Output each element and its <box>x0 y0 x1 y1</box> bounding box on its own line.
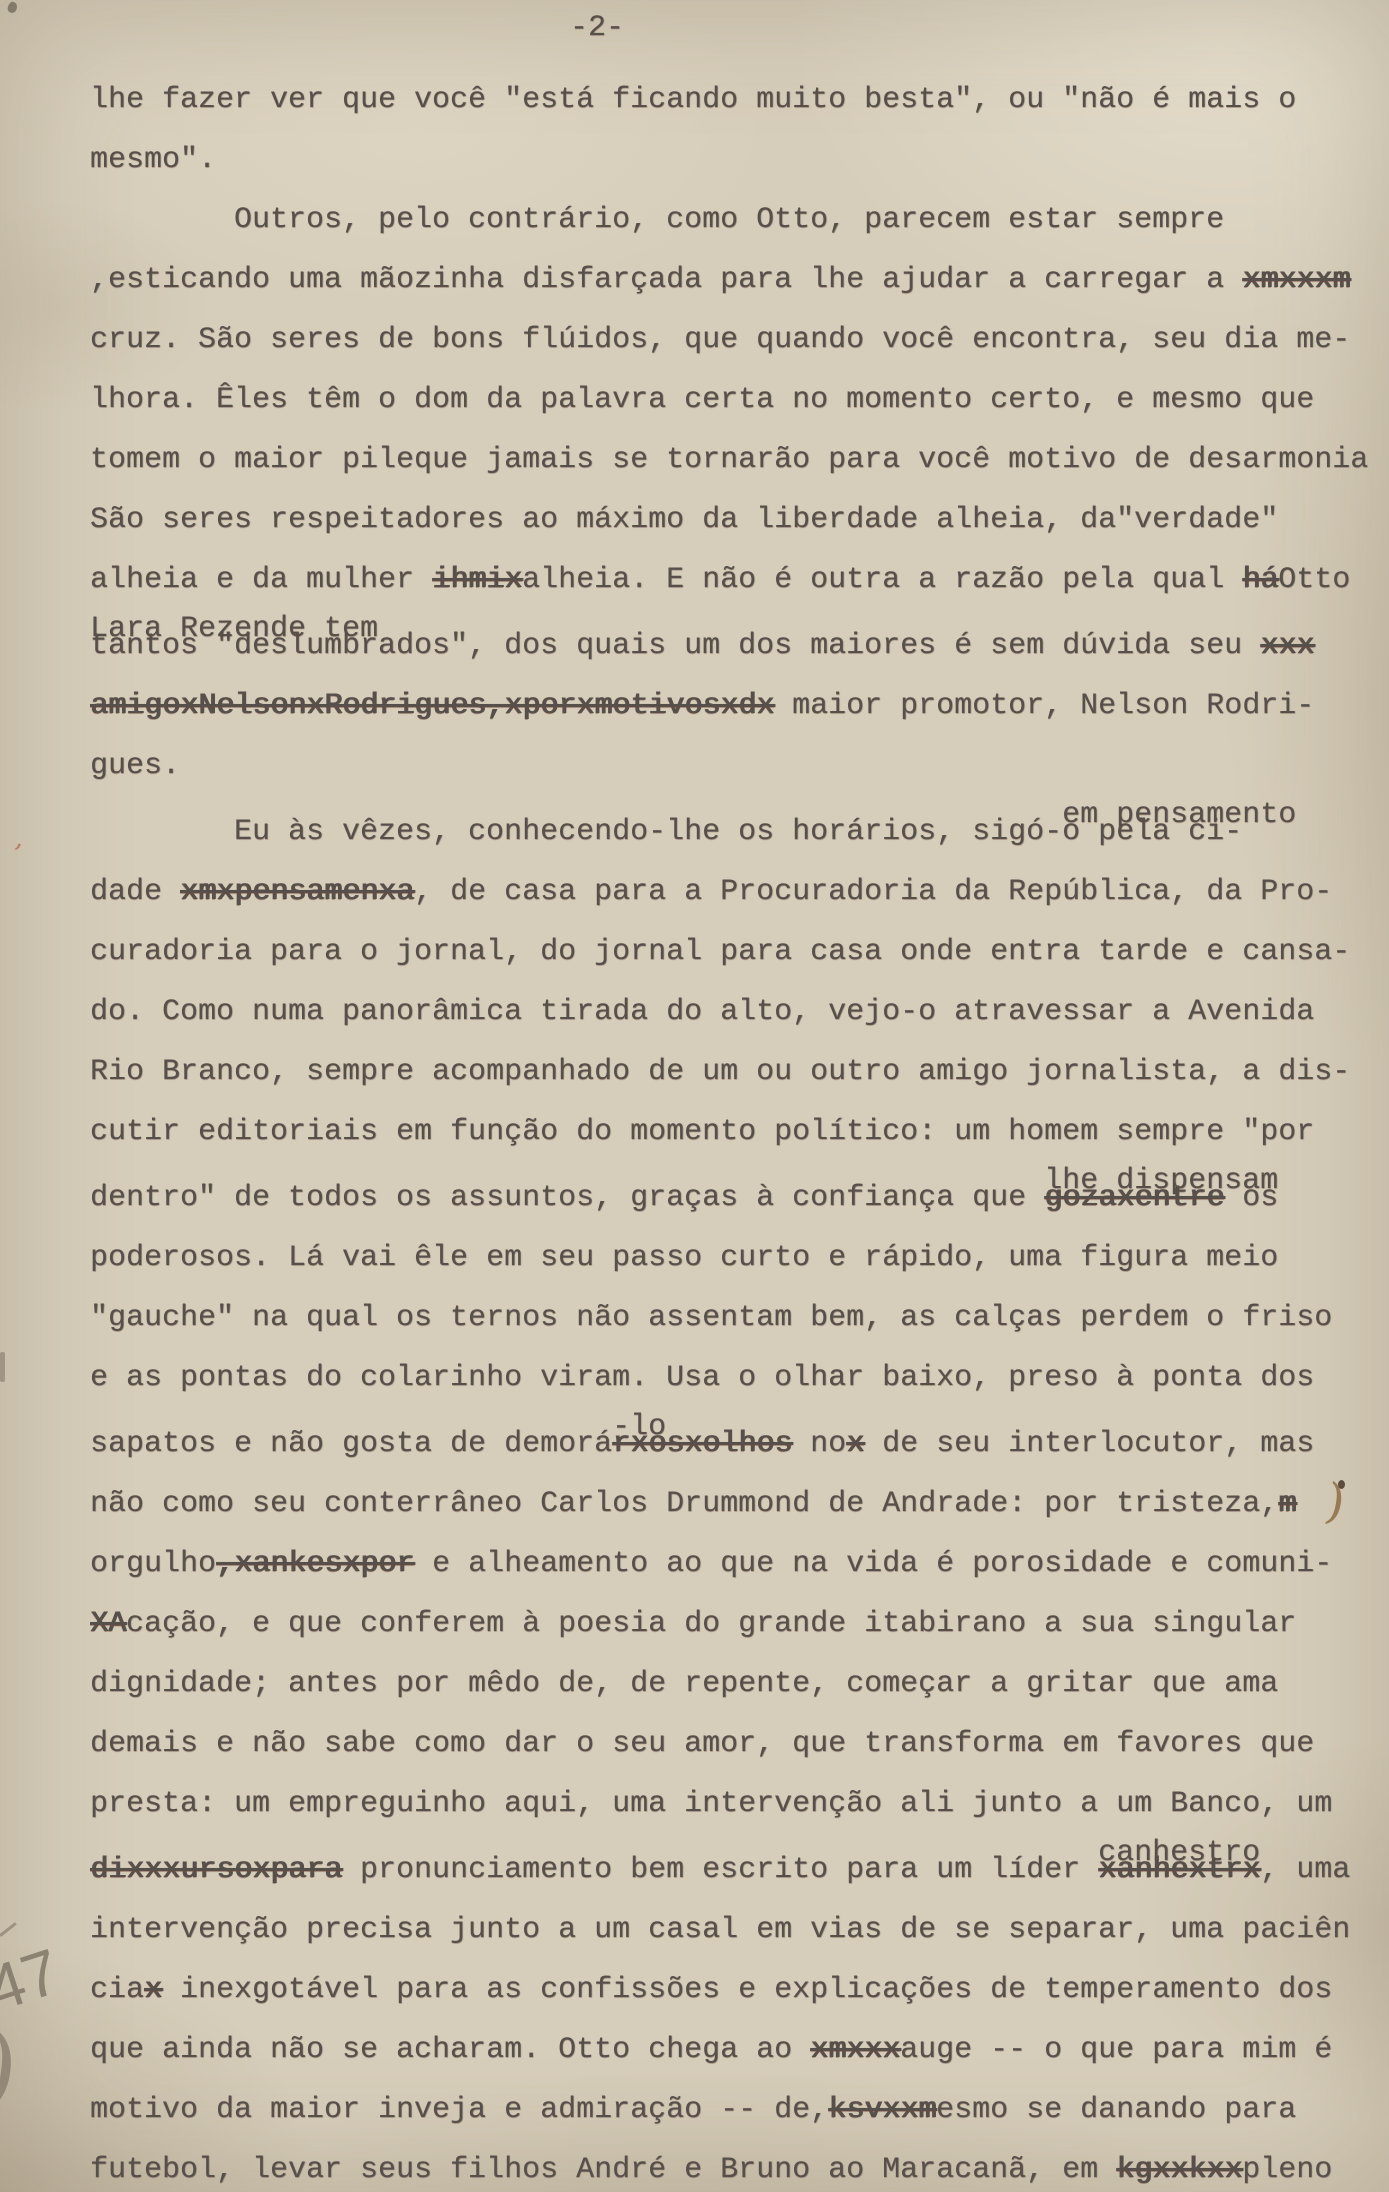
typed-text: mesmo". <box>90 143 216 177</box>
typed-text: Outros, pelo contrário, como Otto, parec… <box>234 203 1224 237</box>
typed-line: não como seu conterrâneo Carlos Drummond… <box>90 1474 1389 1534</box>
page-number: -2- <box>570 0 624 56</box>
pencil-tick-mark <box>0 1922 17 1937</box>
struck-out-text: dixxxursoxpara <box>90 1853 342 1887</box>
typed-text: futebol, levar seus filhos André e Bruno… <box>90 2153 1116 2187</box>
typed-line: e as pontas do colarinho viram. Usa o ol… <box>90 1348 1389 1408</box>
typed-line: ,esticando uma mãozinha disfarçada para … <box>90 250 1389 310</box>
typed-line: amigoxNelsonxRodrigues,xporxmotivosxdx m… <box>90 676 1389 736</box>
struck-out-text: kgxxkxx <box>1116 2153 1242 2187</box>
typed-text: -lo <box>612 1410 666 1444</box>
paper-edge-mark <box>0 1352 5 1382</box>
struck-out-text: há <box>1242 563 1278 597</box>
pencil-margin-paren: ) <box>0 2020 24 2116</box>
typed-line: presta: um empreguinho aqui, uma interve… <box>90 1774 1389 1834</box>
typed-text: dentro" de todos os assuntos, graças à c… <box>90 1181 1044 1215</box>
typed-line: intervenção precisa junto a um casal em … <box>90 1900 1389 1960</box>
typed-text: cruz. São seres de bons flúidos, que qua… <box>90 323 1350 357</box>
struck-out-text: xmxxx <box>810 2033 900 2067</box>
typed-text: inexgotável para as confissões e explica… <box>162 1973 1332 2007</box>
struck-out-text: xxx <box>1260 629 1314 663</box>
typed-text: e as pontas do colarinho viram. Usa o ol… <box>90 1361 1314 1395</box>
struck-out-text: ksvxxm <box>828 2093 936 2127</box>
typed-line: "gauche" na qual os ternos não assentam … <box>90 1288 1389 1348</box>
typed-text: cação, e que conferem à poesia do grande… <box>126 1607 1296 1641</box>
typed-text: alheia. E não é outra a razão pela qual <box>522 563 1242 597</box>
typed-text: Rio Branco, sempre acompanhado de um ou … <box>90 1055 1350 1089</box>
typed-text: auge -- o que para mim é <box>900 2033 1332 2067</box>
typed-line: orgulho,xankesxpor e alheamento ao que n… <box>90 1534 1389 1594</box>
typed-text: orgulho <box>90 1547 216 1581</box>
typed-line: XAcação, e que conferem à poesia do gran… <box>90 1594 1389 1654</box>
struck-out-text: m <box>1278 1487 1296 1521</box>
typed-text: pronunciamento bem escrito para um líder <box>342 1853 1098 1887</box>
typed-text: demais e não sabe como dar o seu amor, q… <box>90 1727 1314 1761</box>
paper-speck <box>6 1 19 15</box>
typed-text: , de casa para a Procuradoria da Repúbli… <box>414 875 1332 909</box>
interline-insertion: -lo <box>90 1424 1389 1430</box>
struck-out-text: ihmix <box>432 563 522 597</box>
typed-text: dade <box>90 875 180 909</box>
typed-text: lhe dispensam <box>1044 1164 1278 1198</box>
typed-text: que ainda não se acharam. Otto chega ao <box>90 2033 810 2067</box>
typed-text: pleno <box>1242 2153 1332 2187</box>
struck-out-text: XA <box>90 1607 126 1641</box>
typed-text: Lara Rezende tem <box>90 612 378 646</box>
typed-line: lhora. Êles têm o dom da palavra certa n… <box>90 370 1389 430</box>
typed-text: cutir editoriais em função do momento po… <box>90 1115 1314 1149</box>
typed-text: lhe fazer ver que você "está ficando mui… <box>90 83 1296 117</box>
ink-smudge-dot <box>1338 1480 1345 1489</box>
struck-out-text: xmxpensamenxa <box>180 875 414 909</box>
typed-line: curadoria para o jornal, do jornal para … <box>90 922 1389 982</box>
typed-text: de seu interlocutor, mas <box>864 1427 1314 1461</box>
red-ink-speck: , <box>13 823 28 852</box>
typed-line: motivo da maior inveja e admiração -- de… <box>90 2080 1389 2140</box>
typed-text: e alheamento ao que na vida é porosidade… <box>414 1547 1332 1581</box>
typed-text: tomem o maior pileque jamais se tornarão… <box>90 443 1368 477</box>
typed-line: gues. <box>90 736 1389 796</box>
typed-text: canhestro <box>1098 1836 1260 1870</box>
typed-text: intervenção precisa junto a um casal em … <box>90 1913 1350 1947</box>
typed-text: esmo se danando para <box>936 2093 1296 2127</box>
pencil-margin-number: 47 <box>0 1939 67 2022</box>
typed-text: alheia e da mulher <box>90 563 432 597</box>
typed-line: cruz. São seres de bons flúidos, que qua… <box>90 310 1389 370</box>
struck-out-text: ,xankesxpor <box>216 1547 414 1581</box>
struck-out-text: xmxxxm <box>1242 263 1350 297</box>
typed-line: poderosos. Lá vai êle em seu passo curto… <box>90 1228 1389 1288</box>
typed-text: motivo da maior inveja e admiração -- de… <box>90 2093 828 2127</box>
typed-line: do. Como numa panorâmica tirada do alto,… <box>90 982 1389 1042</box>
typed-text: curadoria para o jornal, do jornal para … <box>90 935 1350 969</box>
struck-out-text: x <box>144 1973 162 2007</box>
typed-text: gues. <box>90 749 180 783</box>
typed-line: alheia e da mulher ihmixalheia. E não é … <box>90 550 1389 610</box>
typed-text: maior promotor, Nelson Rodri- <box>774 689 1314 723</box>
struck-out-text: x <box>846 1427 864 1461</box>
typed-text: São seres respeitadores ao máximo da lib… <box>90 503 1278 537</box>
interline-insertion: em pensamento <box>90 812 1389 818</box>
interline-insertion: Lara Rezende tem <box>90 626 1389 632</box>
typed-text: "gauche" na qual os ternos não assentam … <box>90 1301 1332 1335</box>
typed-text: não como seu conterrâneo Carlos Drummond… <box>90 1487 1278 1521</box>
typed-line: dignidade; antes por mêdo de, de repente… <box>90 1654 1389 1714</box>
typed-text: do. Como numa panorâmica tirada do alto,… <box>90 995 1314 1029</box>
typed-text: cia <box>90 1973 144 2007</box>
typed-line: futebol, levar seus filhos André e Bruno… <box>90 2140 1389 2192</box>
typed-text: dignidade; antes por mêdo de, de repente… <box>90 1667 1278 1701</box>
typed-text: presta: um empreguinho aqui, uma interve… <box>90 1787 1332 1821</box>
interline-insertion: canhestro <box>90 1850 1389 1856</box>
typed-text: em pensamento <box>1062 798 1296 832</box>
typed-text: ,esticando uma mãozinha disfarçada para … <box>90 263 1242 297</box>
typed-text: poderosos. Lá vai êle em seu passo curto… <box>90 1241 1278 1275</box>
interline-insertion: lhe dispensam <box>90 1178 1389 1184</box>
typed-line: sapatos e não gosta de demorárxosxolhos … <box>90 1414 1389 1474</box>
typed-line: dade xmxpensamenxa, de casa para a Procu… <box>90 862 1389 922</box>
typed-text: , uma <box>1260 1853 1350 1887</box>
typed-text: Otto <box>1278 563 1350 597</box>
typed-text: sapatos e não gosta de demorá <box>90 1427 612 1461</box>
struck-out-text: amigoxNelsonxRodrigues,xporxmotivosxdx <box>90 689 774 723</box>
typewritten-page: -2- lhe fazer ver que você "está ficando… <box>0 0 1389 2192</box>
scan-canvas: { "page": { "number_label": "-2-", "lang… <box>0 0 1389 2192</box>
typed-line: Rio Branco, sempre acompanhado de um ou … <box>90 1042 1389 1102</box>
typed-line: Outros, pelo contrário, como Otto, parec… <box>90 190 1389 250</box>
typed-lines: lhe fazer ver que você "está ficando mui… <box>90 70 1389 2192</box>
typed-line: demais e não sabe como dar o seu amor, q… <box>90 1714 1389 1774</box>
typed-text: lhora. Êles têm o dom da palavra certa n… <box>90 383 1314 417</box>
typed-line: cutir editoriais em função do momento po… <box>90 1102 1389 1162</box>
typed-line: São seres respeitadores ao máximo da lib… <box>90 490 1389 550</box>
typed-line: mesmo". <box>90 130 1389 190</box>
typed-line: tomem o maior pileque jamais se tornarão… <box>90 430 1389 490</box>
typed-text: no <box>792 1427 846 1461</box>
typed-line: que ainda não se acharam. Otto chega ao … <box>90 2020 1389 2080</box>
typed-line: ciax inexgotável para as confissões e ex… <box>90 1960 1389 2020</box>
typed-line: lhe fazer ver que você "está ficando mui… <box>90 70 1389 130</box>
